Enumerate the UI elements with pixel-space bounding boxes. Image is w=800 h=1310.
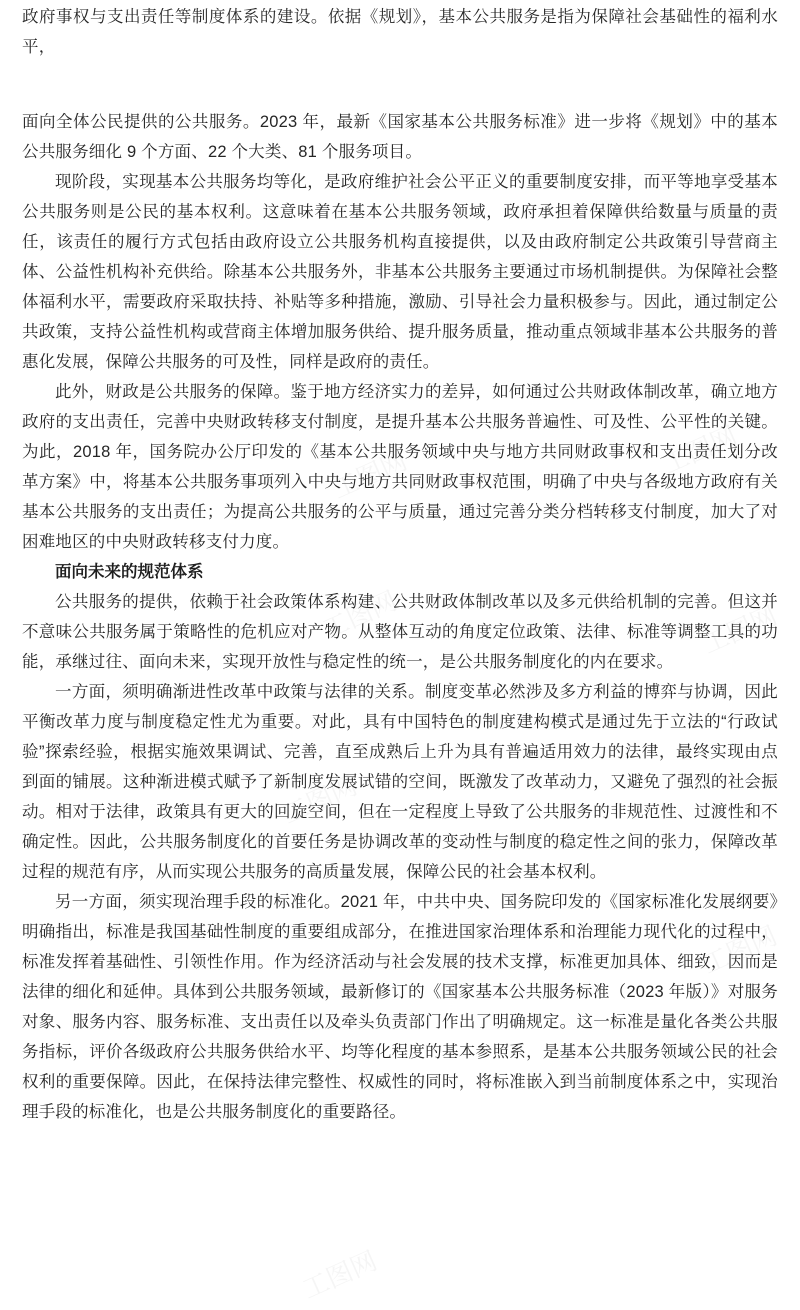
paragraph: 公共服务的提供，依赖于社会政策体系构建、公共财政体制改革以及多元供给机制的完善。… (22, 587, 778, 677)
paragraph: 一方面，须明确渐进性改革中政策与法律的关系。制度变革必然涉及多方利益的博弈与协调… (22, 677, 778, 887)
paragraph-continuation-after-gap: 面向全体公民提供的公共服务。2023 年，最新《国家基本公共服务标准》进一步将《… (22, 107, 778, 167)
paragraph: 现阶段，实现基本公共服务均等化，是政府维护社会公平正义的重要制度安排，而平等地享… (22, 167, 778, 377)
article-page: 工图网 工图网 工图网 工图网 工图网 工图网 工图网 政府事权与支出责任等制度… (0, 0, 800, 1310)
paragraph-continuation-top: 政府事权与支出责任等制度体系的建设。依据《规划》，基本公共服务是指为保障社会基础… (22, 2, 778, 62)
paragraph: 此外，财政是公共服务的保障。鉴于地方经济实力的差异，如何通过公共财政体制改革，确… (22, 377, 778, 557)
watermark: 工图网 (296, 1241, 382, 1307)
paragraph: 另一方面，须实现治理手段的标准化。2021 年，中共中央、国务院印发的《国家标准… (22, 887, 778, 1127)
section-heading: 面向未来的规范体系 (22, 557, 778, 587)
